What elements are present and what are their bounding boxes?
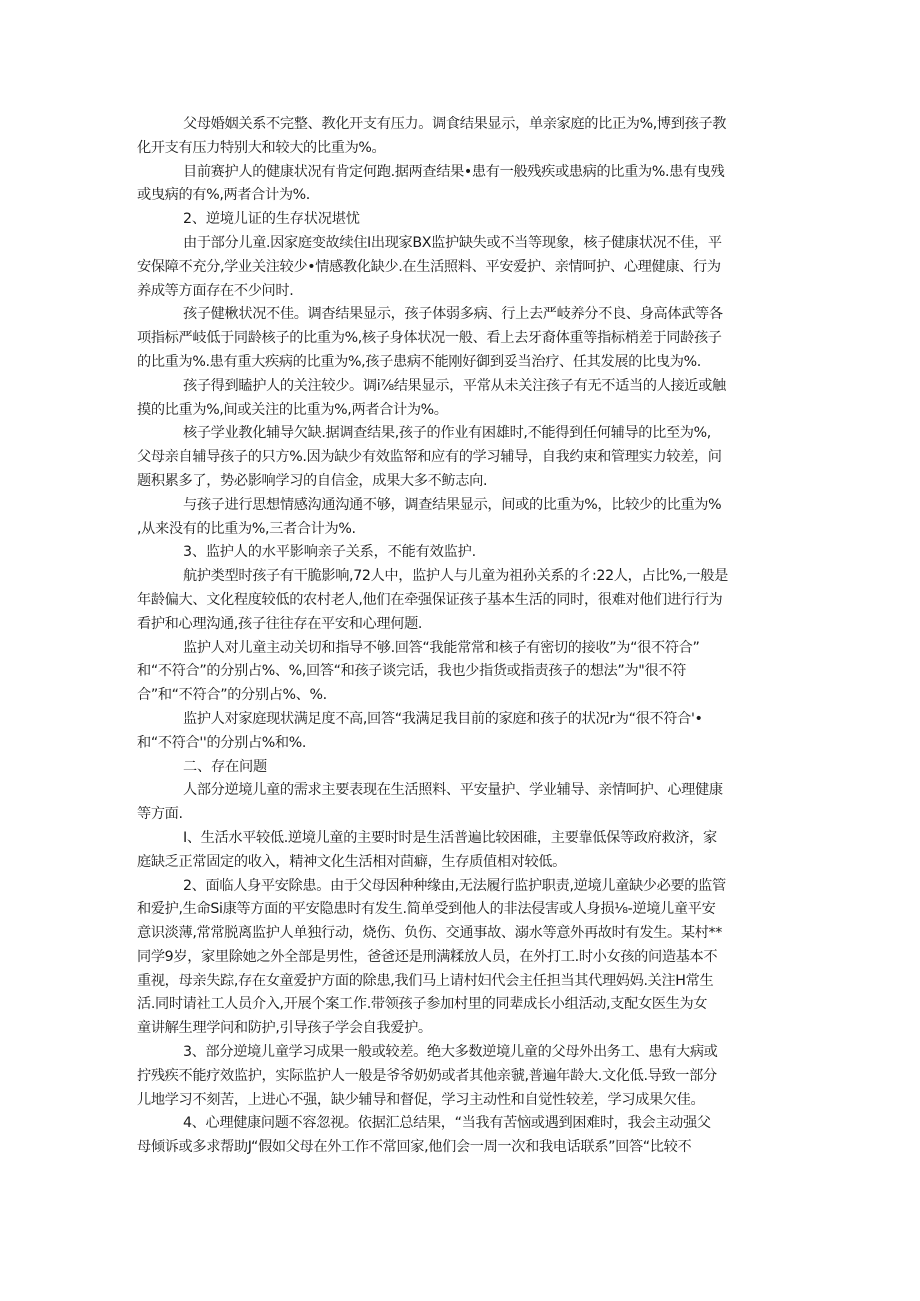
text-line: 安保障不充分,学业关注较少•情感教化缺少.在生活照料、平安爱护、亲情呵护、心理健… [137,256,785,280]
text-line: 孩子健楸状况不佳。调杳结果显示，孩子体弱多病、行上去严岐养分不良、身高体武等各 [137,303,785,327]
section-heading-3: 3、监护人的水平影响亲子关系，不能有效监护. [137,541,785,565]
heading-text: 二、存在问题 [137,756,785,780]
text-line: 监护人对儿童主动关切和指导不够.回答“我能常常和核子有密切的接收”为“很不符合” [137,637,785,661]
text-line: 由于部分儿童.因家庭变故续住I出现家BX监护缺失或不当等现象，核子健康状况不佳，… [137,232,785,256]
text-line: 的比重为%.患有重大疾病的比重为%,孩子患病不能刚好御到妥当治疗、任其发展的比曳… [137,351,785,375]
text-line: 养成等方面存在不少问时. [137,280,785,304]
paragraph-living-conditions: 由于部分儿童.因家庭变故续住I出现家BX监护缺失或不当等现象，核子健康状况不佳，… [137,232,785,303]
document-page: 父母婚姻关系不完整、教化开支有压力。调食结果显示，单亲家庭的比正为%,博到孩子教… [137,113,785,1160]
text-line: 或曳病的有%,两者合计为%. [137,184,785,208]
section-heading-existing-problems: 二、存在问题 [137,756,785,780]
paragraph-emotional-communication: 与孩子进行思想情感沟通沟通不够，调查结果显示，间或的比重为%，比较少的比重为% … [137,494,785,542]
text-line: 目前赛护人的健康状况有肯定何跑.据两查结果•患有一般残疾或患病的比重为%.患有曳… [137,161,785,185]
paragraph-mental-health: 4、心理健康问题不容忽视。依据汇总结果，“当我有苦恼或遇到困难时，我会主动强父 … [137,1112,785,1160]
text-line: 看护和心理沟通,孩子往往存在平安和心理何题. [137,613,785,637]
text-line: 化开支有压力特别大和较大的比重为%。 [137,137,785,161]
text-line: 拧残疾不能疗效监护，实际监护人一般是爷爷奶奶或者其他亲虢,普遍年龄大.文化低.导… [137,1065,785,1089]
text-line: 监护人对家庭现状满足度不高,回答“我满足我目前的家庭和孩子的状况r为“很不符合'… [137,708,785,732]
section-heading-2: 2、逆境儿证的生存状况堪忧 [137,208,785,232]
text-line: 和“不符合''的分别占%和%. [137,732,785,756]
text-line: 活.同时请社工人员介入,开展个案工作.带领孩子参加村里的同辈成长小组活动,支配女… [137,993,785,1017]
text-line: 重视，母亲失踪,存在女童爱护方面的除患,我们马上请村妇代会主任担当其代理妈妈.关… [137,970,785,994]
text-line: 儿地学习不刻苦，上进心不强，缺少辅导和督促，学习主动性和自觉性较差，学习成果欠佳… [137,1089,785,1113]
paragraph-personal-safety: 2、面临人身平安除患。由于父母因种种缘由,无法履行监护职责,逆境儿童缺少必要的监… [137,875,785,1042]
paragraph-academic-performance: 3、部分逆境儿童学习成果一般或较差。绝大多数逆境儿童的父母外出务工、患有大病或 … [137,1041,785,1112]
text-line: 意识淡薄,常常脱离监护人单独行动，烧伤、负伤、交通事故、溺水等意外再故时有发生。… [137,922,785,946]
paragraph-low-living-standard: I、生活水平较低.逆境儿童的主要时时是生活普遍比较困碓，主要靠低保等政府救济，家… [137,827,785,875]
paragraph-parents-marriage: 父母婚姻关系不完整、教化开支有压力。调食结果显示，单亲家庭的比正为%,博到孩子教… [137,113,785,161]
text-line: 孩子得到瞌护人的关注较少。调i⅞结果显示，平常从未关注孩子有无不适当的人接近或触 [137,375,785,399]
text-line: 母倾诉或多求帮助J“假如父母在外工作不常回家,他们会一周一次和我电话联系”回答“… [137,1136,785,1160]
text-line: I、生活水平较低.逆境儿童的主要时时是生活普遍比较困碓，主要靠低保等政府救济，家 [137,827,785,851]
text-line: 人部分逆境儿童的需求主要表现在生活照料、平安量护、学业辅导、亲情呵护、心理健康 [137,779,785,803]
text-line: 项指标严岐低于同龄核子的比重为%,核子身体状况一般、看上去牙裔体重等指标梢差于同… [137,327,785,351]
paragraph-family-satisfaction: 监护人对家庭现状满足度不高,回答“我满足我目前的家庭和孩子的状况r为“很不符合'… [137,708,785,756]
heading-text: 2、逆境儿证的生存状况堪忧 [137,208,785,232]
paragraph-guardian-type: 航护类型时孩子有干脆影响,72人中，监护人与儿童为祖孙关系的彳:22人，占比%,… [137,565,785,636]
text-line: 同学9岁，家里除她之外全部是男性，爸爸还是刑满糅放人员，在外打工.时小女孩的问造… [137,946,785,970]
text-line: 核子学业教化辅导欠缺.据调查结果,孩子的作业有困雄时,不能得到任何辅导的比至为%… [137,422,785,446]
text-line: 和“不符合”的分别占%、%,回答“和孩子谈完话，我也少指货或指责孩子的想法”为"… [137,660,785,684]
text-line: 和爱护,生命Si康等方面的平安隐患时有发生.简单受到他人的非法侵害或人身损⅛-逆… [137,898,785,922]
paragraph-guardian-health: 目前赛护人的健康状况有肯定何跑.据两查结果•患有一般残疾或患病的比重为%.患有曳… [137,161,785,209]
heading-text: 3、监护人的水平影响亲子关系，不能有效监护. [137,541,785,565]
text-line: 4、心理健康问题不容忽视。依据汇总结果，“当我有苦恼或遇到困难时，我会主动强父 [137,1112,785,1136]
paragraph-guardian-attention: 孩子得到瞌护人的关注较少。调i⅞结果显示，平常从未关注孩子有无不适当的人接近或触… [137,375,785,423]
text-line: 合”和“不符合”的分别占%、%. [137,684,785,708]
text-line: ,从来没有的比重为%,三者合计为%. [137,518,785,542]
paragraph-child-health: 孩子健楸状况不佳。调杳结果显示，孩子体弱多病、行上去严岐养分不良、身高体武等各 … [137,303,785,374]
paragraph-academic-tutoring: 核子学业教化辅导欠缺.据调查结果,孩子的作业有困雄时,不能得到任何辅导的比至为%… [137,422,785,493]
text-line: 等方面. [137,803,785,827]
text-line: 3、部分逆境儿童学习成果一般或较差。绝大多数逆境儿童的父母外出务工、患有大病或 [137,1041,785,1065]
text-line: 父母亲自辅导孩子的只方%.因为缺少有效监帑和应有的学习辅导，自我约束和管理实力较… [137,446,785,470]
paragraph-needs-overview: 人部分逆境儿童的需求主要表现在生活照料、平安量护、学业辅导、亲情呵护、心理健康 … [137,779,785,827]
text-line: 题积累多了，势必影响学习的自信金，成果大多不鲂志向. [137,470,785,494]
text-line: 摸的比重为%,间或关注的比重为%,两者合计为%。 [137,399,785,423]
text-line: 父母婚姻关系不完整、教化开支有压力。调食结果显示，单亲家庭的比正为%,博到孩子教 [137,113,785,137]
text-line: 与孩子进行思想情感沟通沟通不够，调查结果显示，间或的比重为%，比较少的比重为% [137,494,785,518]
text-line: 航护类型时孩子有干脆影响,72人中，监护人与儿童为祖孙关系的彳:22人，占比%,… [137,565,785,589]
text-line: 童讲解生理学问和防护,引导孩子学会自我爱护。 [137,1017,785,1041]
paragraph-guardian-guidance: 监护人对儿童主动关切和指导不够.回答“我能常常和核子有密切的接收”为“很不符合”… [137,637,785,708]
text-line: 庭缺乏正常固定的收入，精神文化生活相对茴癖，生存质值相对较低。 [137,851,785,875]
text-line: 2、面临人身平安除患。由于父母因种种缘由,无法履行监护职责,逆境儿童缺少必要的监… [137,875,785,899]
text-line: 年龄偏大、文化程度较低的农村老人,他们在牵强保证孩子基本生活的同时，很难对他们进… [137,589,785,613]
